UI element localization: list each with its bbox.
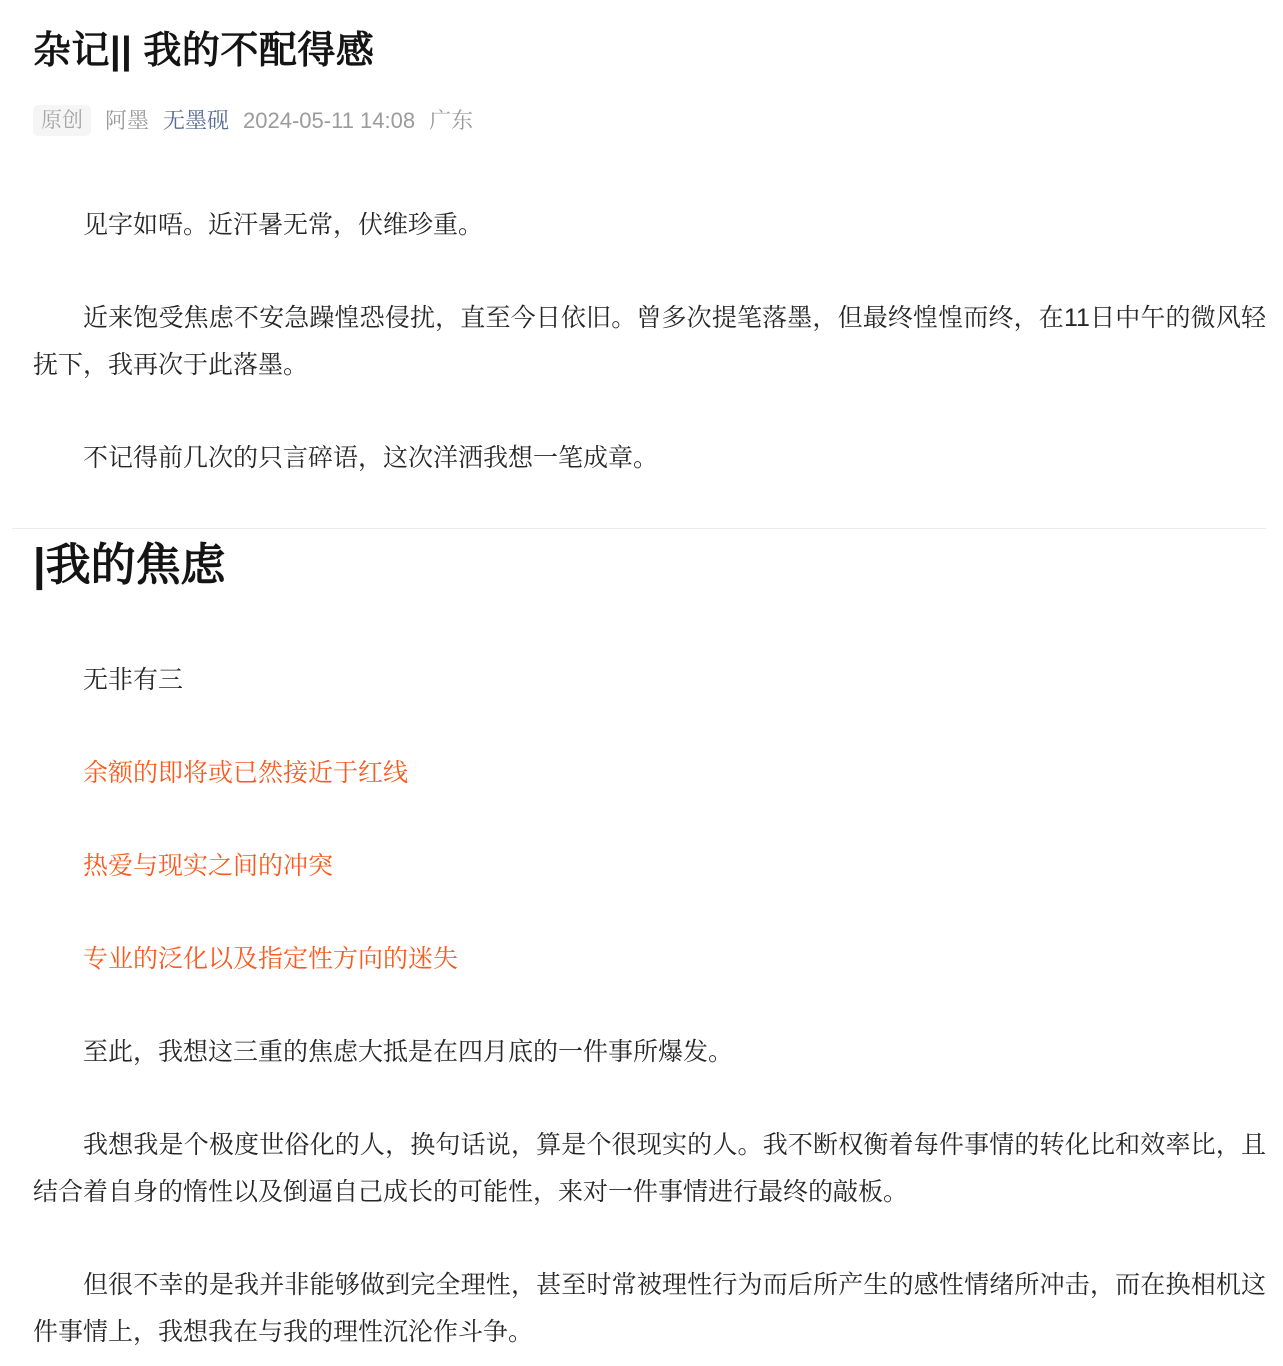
paragraph-greeting: 见字如唔。近汗暑无常，伏维珍重。 bbox=[33, 202, 1266, 249]
account-name-link[interactable]: 无墨砚 bbox=[163, 106, 229, 136]
publish-location: 广东 bbox=[429, 106, 473, 136]
article-page: 杂记|| 我的不配得感 原创 阿墨 无墨砚 2024-05-11 14:08 广… bbox=[0, 0, 1283, 1366]
paragraph-anxiety-background: 近来饱受焦虑不安急躁惶恐侵扰，直至今日依旧。曾多次提笔落墨，但最终惶惶而终，在1… bbox=[33, 295, 1266, 389]
article-content: 见字如唔。近汗暑无常，伏维珍重。 近来饱受焦虑不安急躁惶恐侵扰，直至今日依旧。曾… bbox=[33, 202, 1266, 1356]
article-meta: 原创 阿墨 无墨砚 2024-05-11 14:08 广东 bbox=[33, 105, 1266, 136]
anxiety-item-3: 专业的泛化以及指定性方向的迷失 bbox=[33, 936, 1266, 983]
publish-datetime: 2024-05-11 14:08 bbox=[243, 106, 415, 136]
paragraph-writing-intent: 不记得前几次的只言碎语，这次洋洒我想一笔成章。 bbox=[33, 435, 1266, 482]
article-title: 杂记|| 我的不配得感 bbox=[33, 26, 1266, 76]
paragraph-three-things-intro: 无非有三 bbox=[33, 657, 1266, 704]
paragraph-camera-struggle: 但很不幸的是我并非能够做到完全理性，甚至时常被理性行为而后所产生的感性情绪所冲击… bbox=[33, 1262, 1266, 1356]
paragraph-rationality: 我想我是个极度世俗化的人，换句话说，算是个很现实的人。我不断权衡着每件事情的转化… bbox=[33, 1122, 1266, 1216]
anxiety-item-1: 余额的即将或已然接近于红线 bbox=[33, 750, 1266, 797]
author-name: 阿墨 bbox=[105, 106, 149, 136]
original-badge: 原创 bbox=[33, 105, 91, 136]
paragraph-trigger-event: 至此，我想这三重的焦虑大抵是在四月底的一件事所爆发。 bbox=[33, 1029, 1266, 1076]
anxiety-item-2: 热爱与现实之间的冲突 bbox=[33, 843, 1266, 890]
section-heading-my-anxiety: |我的焦虑 bbox=[33, 535, 1266, 595]
section-divider bbox=[12, 528, 1266, 529]
